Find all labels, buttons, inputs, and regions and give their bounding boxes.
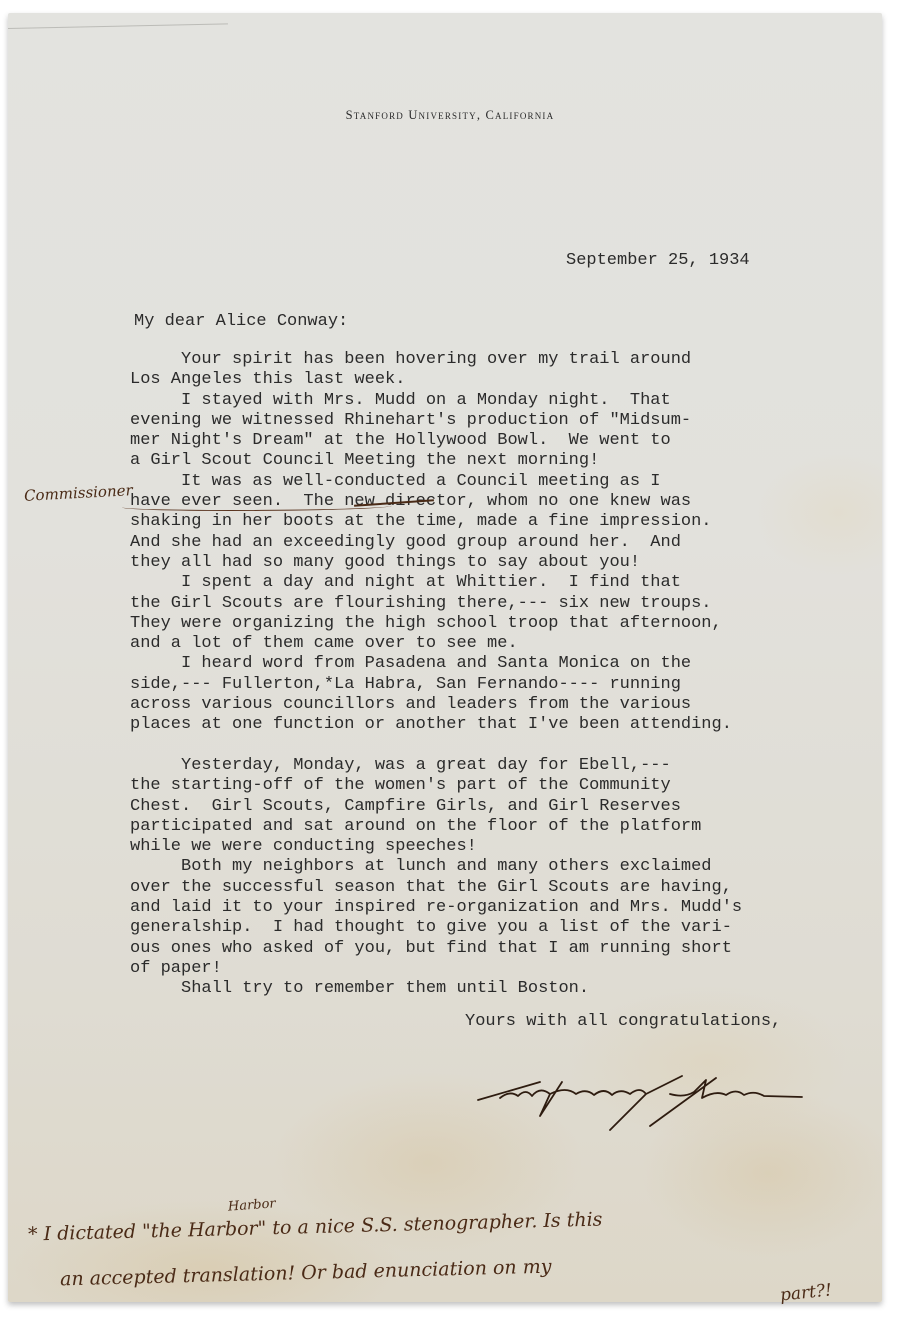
body-line: while we were conducting speeches! [130, 837, 742, 857]
body-line: mer Night's Dream" at the Hollywood Bowl… [130, 431, 742, 451]
letterhead: Stanford University, California [0, 108, 900, 123]
body-line: side,--- Fullerton,*La Habra, San Fernan… [130, 675, 742, 695]
closing: Yours with all congratulations, [465, 1012, 781, 1032]
body-line: I heard word from Pasadena and Santa Mon… [130, 654, 742, 674]
body-line: Chest. Girl Scouts, Campfire Girls, and … [130, 797, 742, 817]
body-line: the Girl Scouts are flourishing there,--… [130, 594, 742, 614]
body-line: shaking in her boots at the time, made a… [130, 512, 742, 532]
body-line: They were organizing the high school tro… [130, 614, 742, 634]
body-line: across various councillors and leaders f… [130, 695, 742, 715]
body-line: evening we witnessed Rhinehart's product… [130, 411, 742, 431]
body-line: of paper! [130, 959, 742, 979]
body-line: Both my neighbors at lunch and many othe… [130, 857, 742, 877]
body-line: Shall try to remember them until Boston. [130, 979, 742, 999]
body-line: places at one function or another that I… [130, 715, 742, 735]
body-line: I spent a day and night at Whittier. I f… [130, 573, 742, 593]
body-line: they all had so many good things to say … [130, 553, 742, 573]
body-line: and a lot of them came over to see me. [130, 634, 742, 654]
body-line: a Girl Scout Council Meeting the next mo… [130, 451, 742, 471]
signature: Lou Henry Hoover [470, 1068, 810, 1138]
body-line: participated and sat around on the floor… [130, 817, 742, 837]
body-line: over the successful season that the Girl… [130, 878, 742, 898]
letter-date: September 25, 1934 [566, 251, 750, 271]
body-line: the starting-off of the women's part of … [130, 776, 742, 796]
body-line: Los Angeles this last week. [130, 370, 742, 390]
body-line: It was as well-conducted a Council meeti… [130, 472, 742, 492]
letter-body: Your spirit has been hovering over my tr… [130, 350, 742, 1000]
body-line: generalship. I had thought to give you a… [130, 918, 742, 938]
body-line: Yesterday, Monday, was a great day for E… [130, 756, 742, 776]
body-line: and laid it to your inspired re-organiza… [130, 898, 742, 918]
body-line: Your spirit has been hovering over my tr… [130, 350, 742, 370]
body-line: ous ones who asked of you, but find that… [130, 939, 742, 959]
body-line: And she had an exceedingly good group ar… [130, 533, 742, 553]
body-line: I stayed with Mrs. Mudd on a Monday nigh… [130, 391, 742, 411]
salutation: My dear Alice Conway: [134, 312, 348, 332]
body-line [130, 736, 742, 756]
